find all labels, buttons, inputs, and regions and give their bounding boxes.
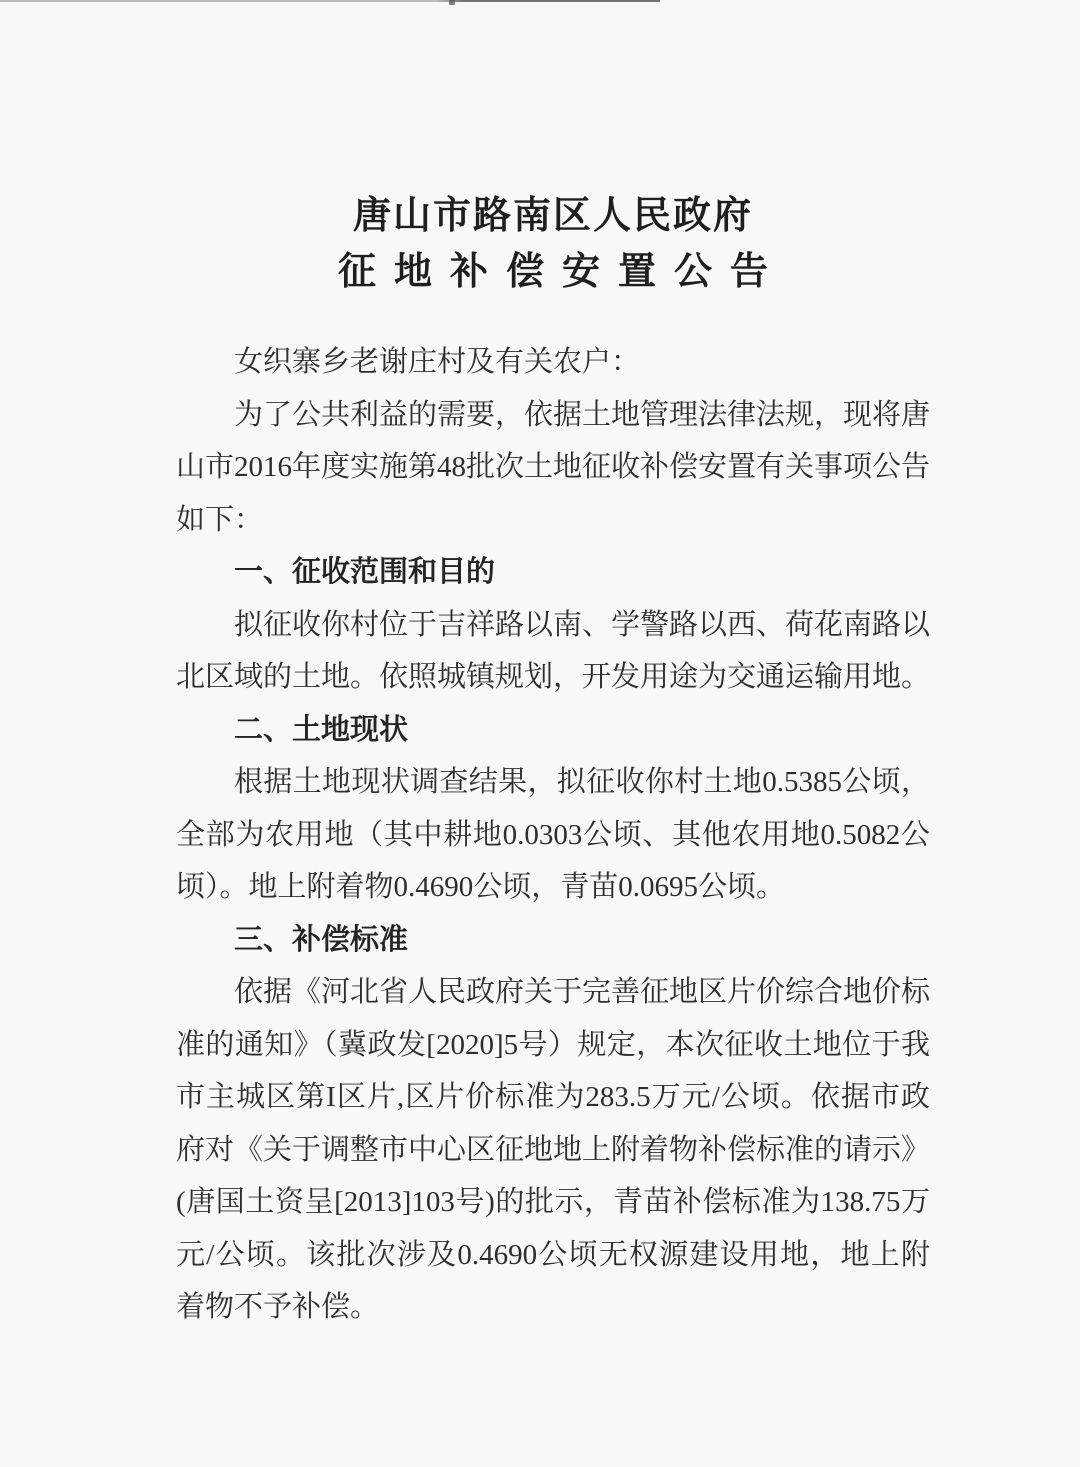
section-3-heading: 三、补偿标准 <box>176 914 930 967</box>
section-2-body: 根据土地现状调查结果，拟征收你村土地0.5385公顷，全部为农用地（其中耕地0.… <box>176 756 930 914</box>
title-line-government: 唐山市路南区人民政府 <box>176 188 930 244</box>
section-3-body: 依据《河北省人民政府关于完善征地区片价综合地价标准的通知》（冀政发[2020]5… <box>176 966 930 1334</box>
document-body: 唐山市路南区人民政府 征地补偿安置公告 女织寨乡老谢庄村及有关农户： 为了公共利… <box>176 0 930 1334</box>
scanned-document-page: 唐山市路南区人民政府 征地补偿安置公告 女织寨乡老谢庄村及有关农户： 为了公共利… <box>0 0 1080 1467</box>
section-1-heading: 一、征收范围和目的 <box>176 546 930 599</box>
section-2-heading: 二、土地现状 <box>176 704 930 757</box>
intro-paragraph: 为了公共利益的需要，依据土地管理法律法规，现将唐山市2016年度实施第48批次土… <box>176 389 930 547</box>
title-line-notice: 征地补偿安置公告 <box>176 244 948 300</box>
document-title: 唐山市路南区人民政府 征地补偿安置公告 <box>176 188 930 300</box>
section-1-body: 拟征收你村位于吉祥路以南、学警路以西、荷花南路以北区域的土地。依照城镇规划，开发… <box>176 599 930 704</box>
document-text: 女织寨乡老谢庄村及有关农户： 为了公共利益的需要，依据土地管理法律法规，现将唐山… <box>176 336 930 1334</box>
salutation: 女织寨乡老谢庄村及有关农户： <box>176 336 930 389</box>
